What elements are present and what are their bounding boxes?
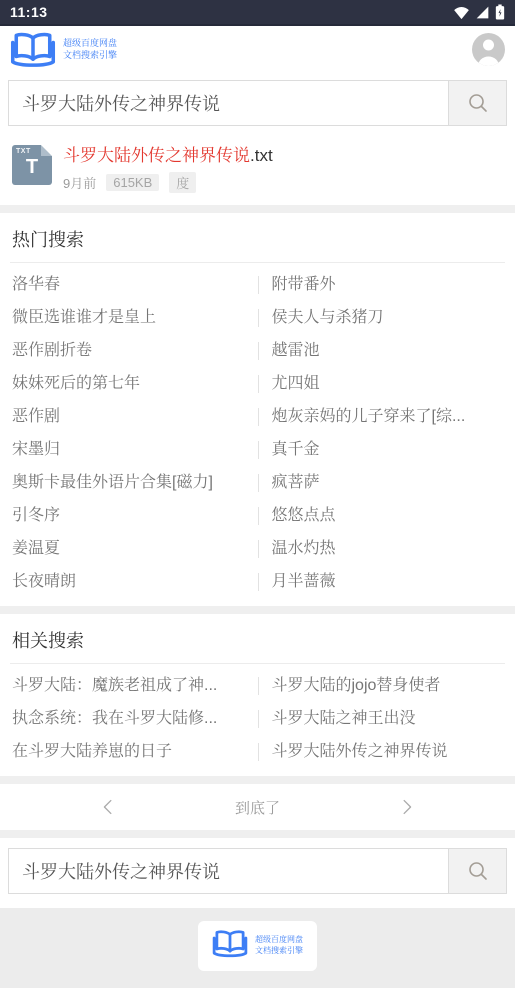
keyword-link-left[interactable]: 洛华春: [10, 268, 258, 301]
wifi-icon: [453, 5, 470, 20]
keyword-link-left[interactable]: 奥斯卡最佳外语片合集[磁力]: [10, 466, 258, 499]
keyword-link-left[interactable]: 在斗罗大陆养崽的日子: [10, 735, 258, 768]
battery-icon: [495, 4, 505, 20]
keyword-row: 妹妹死后的第七年 尤四姐: [10, 367, 505, 400]
hot-search-list: 洛华春 附带番外 微臣选谁谁才是皇上 侯夫人与杀猪刀 恶作剧折卷 越雷池 妹妹死…: [10, 263, 505, 606]
keyword-link-right[interactable]: 温水灼热: [259, 532, 506, 565]
related-search-section: 相关搜索 斗罗大陆：魔族老祖成了神... 斗罗大陆的jojo替身使者 执念系统：…: [0, 614, 515, 776]
keyword-row: 恶作剧 炮灰亲妈的儿子穿来了[综...: [10, 400, 505, 433]
header: 超级百度网盘 文档搜索引擎: [0, 26, 515, 72]
result-title-text: 斗罗大陆外传之神界传说: [63, 146, 250, 165]
search-input-bottom[interactable]: [9, 849, 448, 893]
file-letter: T: [26, 156, 38, 179]
keyword-link-right[interactable]: 斗罗大陆的jojo替身使者: [259, 669, 506, 702]
result-size-badge: 615KB: [106, 174, 159, 191]
status-time: 11:13: [10, 4, 48, 20]
keyword-link-right[interactable]: 悠悠点点: [259, 499, 506, 532]
keyword-row: 斗罗大陆：魔族老祖成了神... 斗罗大陆的jojo替身使者: [10, 669, 505, 702]
result-age: 9月前: [63, 173, 96, 192]
section-divider: [0, 205, 515, 213]
keyword-row: 引冬序 悠悠点点: [10, 499, 505, 532]
book-logo-icon: [212, 929, 248, 963]
keyword-link-left[interactable]: 长夜晴朗: [10, 565, 258, 598]
section-divider: [0, 830, 515, 838]
brand-line2: 文档搜索引擎: [63, 49, 117, 61]
next-page-button[interactable]: [395, 796, 417, 818]
footer-logo[interactable]: 超级百度网盘 文档搜索引擎: [198, 921, 317, 971]
related-search-title: 相关搜索: [10, 614, 505, 664]
txt-file-icon: TXT T: [12, 145, 52, 185]
brand-logo[interactable]: 超级百度网盘 文档搜索引擎: [10, 31, 117, 68]
search-button-bottom[interactable]: [448, 849, 506, 893]
keyword-link-right[interactable]: 斗罗大陆之神王出没: [259, 702, 506, 735]
status-bar: 11:13: [0, 0, 515, 26]
search-bar-top: [0, 72, 515, 139]
status-icons: [453, 4, 505, 20]
search-box: [8, 80, 507, 126]
footer-brand-line2: 文档搜索引擎: [255, 946, 303, 957]
brand-text: 超级百度网盘 文档搜索引擎: [63, 37, 117, 61]
search-button[interactable]: [448, 81, 506, 125]
book-logo-icon: [10, 31, 56, 68]
keyword-link-left[interactable]: 执念系统：我在斗罗大陆修...: [10, 702, 258, 735]
keyword-row: 微臣选谁谁才是皇上 侯夫人与杀猪刀: [10, 301, 505, 334]
chevron-right-icon: [395, 796, 417, 818]
section-divider: [0, 776, 515, 784]
search-input[interactable]: [9, 81, 448, 125]
keyword-link-left[interactable]: 斗罗大陆：魔族老祖成了神...: [10, 669, 258, 702]
cellular-icon: [475, 5, 490, 20]
keyword-link-left[interactable]: 妹妹死后的第七年: [10, 367, 258, 400]
keyword-row: 恶作剧折卷 越雷池: [10, 334, 505, 367]
search-icon: [466, 859, 490, 883]
keyword-link-left[interactable]: 姜温夏: [10, 532, 258, 565]
hot-search-section: 热门搜索 洛华春 附带番外 微臣选谁谁才是皇上 侯夫人与杀猪刀 恶作剧折卷 越雷…: [0, 213, 515, 606]
pagination: 到底了: [0, 784, 515, 830]
keyword-row: 宋墨归 真千金: [10, 433, 505, 466]
keyword-row: 执念系统：我在斗罗大陆修... 斗罗大陆之神王出没: [10, 702, 505, 735]
search-icon: [466, 91, 490, 115]
result-source-badge: 度: [169, 172, 196, 193]
section-divider: [0, 606, 515, 614]
footer-brand-text: 超级百度网盘 文档搜索引擎: [255, 935, 303, 957]
result-meta: 9月前 615KB 度: [63, 172, 273, 193]
footer: 超级百度网盘 文档搜索引擎: [0, 908, 515, 988]
brand-line1: 超级百度网盘: [63, 37, 117, 49]
keyword-link-right[interactable]: 斗罗大陆外传之神界传说: [259, 735, 506, 768]
keyword-row: 在斗罗大陆养崽的日子 斗罗大陆外传之神界传说: [10, 735, 505, 768]
search-box: [8, 848, 507, 894]
keyword-row: 洛华春 附带番外: [10, 268, 505, 301]
chevron-left-icon: [98, 796, 120, 818]
user-avatar[interactable]: [472, 33, 505, 66]
keyword-link-right[interactable]: 越雷池: [259, 334, 506, 367]
keyword-link-right[interactable]: 附带番外: [259, 268, 506, 301]
related-search-list: 斗罗大陆：魔族老祖成了神... 斗罗大陆的jojo替身使者 执念系统：我在斗罗大…: [10, 664, 505, 776]
hot-search-title: 热门搜索: [10, 213, 505, 263]
keyword-link-right[interactable]: 疯菩萨: [259, 466, 506, 499]
keyword-link-right[interactable]: 月半蔷薇: [259, 565, 506, 598]
result-extension: .txt: [250, 146, 273, 165]
keyword-link-right[interactable]: 尤四姐: [259, 367, 506, 400]
keyword-row: 长夜晴朗 月半蔷薇: [10, 565, 505, 598]
footer-brand-line1: 超级百度网盘: [255, 935, 303, 946]
result-body: 斗罗大陆外传之神界传说.txt 9月前 615KB 度: [63, 145, 273, 193]
keyword-link-left[interactable]: 恶作剧折卷: [10, 334, 258, 367]
keyword-link-left[interactable]: 引冬序: [10, 499, 258, 532]
file-fold-corner: [41, 145, 52, 156]
keyword-link-right[interactable]: 侯夫人与杀猪刀: [259, 301, 506, 334]
keyword-row: 奥斯卡最佳外语片合集[磁力] 疯菩萨: [10, 466, 505, 499]
search-result-item[interactable]: TXT T 斗罗大陆外传之神界传说.txt 9月前 615KB 度: [0, 139, 515, 205]
file-type-badge: TXT: [16, 148, 31, 155]
prev-page-button[interactable]: [98, 796, 120, 818]
keyword-link-right[interactable]: 炮灰亲妈的儿子穿来了[综...: [259, 400, 506, 433]
keyword-link-right[interactable]: 真千金: [259, 433, 506, 466]
pagination-status: 到底了: [235, 797, 280, 818]
keyword-link-left[interactable]: 宋墨归: [10, 433, 258, 466]
keyword-link-left[interactable]: 恶作剧: [10, 400, 258, 433]
keyword-link-left[interactable]: 微臣选谁谁才是皇上: [10, 301, 258, 334]
search-bar-bottom: [0, 838, 515, 908]
keyword-row: 姜温夏 温水灼热: [10, 532, 505, 565]
result-title[interactable]: 斗罗大陆外传之神界传说.txt: [63, 145, 273, 167]
